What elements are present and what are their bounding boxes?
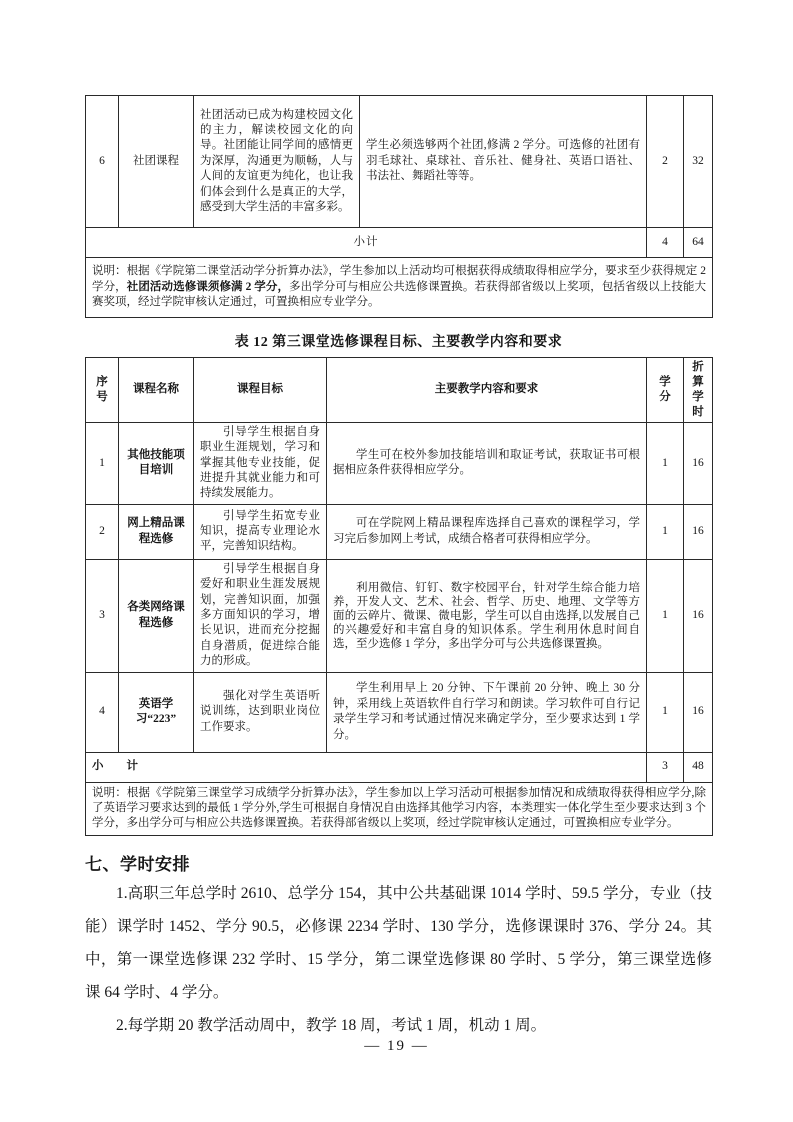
cell-seq-no: 1: [86, 422, 119, 504]
cell-hours: 16: [684, 559, 713, 672]
cell-course-name: 网上精品课程选修: [119, 504, 194, 559]
cell-seq-no: 6: [86, 96, 119, 228]
cell-credit: 1: [647, 422, 684, 504]
table-row: 3 各类网络课程选修 引导学生根据自身爱好和职业生涯发展规划，完善知识面，加强多…: [86, 559, 713, 672]
table-note: 说明：根据《学院第二课堂活动学分折算办法》，学生参加以上活动均可根据获得成绩取得…: [86, 258, 713, 318]
cell-course-objective: 社团活动已成为构建校园文化的主力，解读校园文化的向导。社团能让同学间的感情更为深…: [194, 96, 360, 228]
paragraph-weeks: 2.每学期 20 教学活动周中，教学 18 周，考试 1 周，机动 1 周。: [85, 1009, 712, 1042]
table-row: 6 社团课程 社团活动已成为构建校园文化的主力，解读校园文化的向导。社团能让同学…: [86, 96, 713, 228]
subtotal-label: 小 计: [86, 752, 647, 782]
table12-title: 表 12 第三课堂选修课程目标、主要教学内容和要求: [85, 331, 712, 351]
header-course-name: 课程名称: [119, 358, 194, 423]
note-row: 说明：根据《学院第三课堂学习成绩学分折算办法》，学生参加以上学习活动可根据参加情…: [86, 782, 713, 835]
table-row: 1 其他技能项目培训 引导学生根据自身职业生涯规划，学习和掌握其他专业技能，促进…: [86, 422, 713, 504]
cell-seq-no: 3: [86, 559, 119, 672]
cell-course-name: 英语学习“223”: [119, 672, 194, 752]
cell-credit: 2: [647, 96, 684, 228]
paragraph-hours-summary: 1.高职三年总学时 2610、总学分 154，其中公共基础课 1014 学时、5…: [85, 877, 712, 1009]
cell-course-objective: 引导学生拓宽专业知识，提高专业理论水平，完善知识结构。: [194, 504, 327, 559]
cell-credit: 1: [647, 504, 684, 559]
cell-course-objective: 强化对学生英语听说训练，达到职业岗位工作要求。: [194, 672, 327, 752]
table-note: 说明：根据《学院第三课堂学习成绩学分折算办法》，学生参加以上学习活动可根据参加情…: [86, 782, 713, 835]
cell-course-name: 社团课程: [119, 96, 194, 228]
cell-course-name: 各类网络课程选修: [119, 559, 194, 672]
second-classroom-table: 6 社团课程 社团活动已成为构建校园文化的主力，解读校园文化的向导。社团能让同学…: [85, 95, 713, 318]
cell-course-content: 利用微信、钉钉、数字校园平台，针对学生综合能力培养，开发人文、艺术、社会、哲学、…: [327, 559, 647, 672]
table-row: 2 网上精品课程选修 引导学生拓宽专业知识，提高专业理论水平，完善知识结构。 可…: [86, 504, 713, 559]
cell-course-objective: 引导学生根据自身职业生涯规划，学习和掌握其他专业技能，促进提升其就业能力和可持续…: [194, 422, 327, 504]
subtotal-credit: 3: [647, 752, 684, 782]
header-seq-no: 序号: [86, 358, 119, 423]
cell-seq-no: 4: [86, 672, 119, 752]
subtotal-label: 小计: [86, 228, 647, 258]
header-course-content: 主要教学内容和要求: [327, 358, 647, 423]
cell-hours: 16: [684, 672, 713, 752]
subtotal-row: 小 计 3 48: [86, 752, 713, 782]
table-row: 4 英语学习“223” 强化对学生英语听说训练，达到职业岗位工作要求。 学生利用…: [86, 672, 713, 752]
page-number: — 19 —: [0, 1038, 793, 1055]
document-page: 6 社团课程 社团活动已成为构建校园文化的主力，解读校园文化的向导。社团能让同学…: [0, 0, 793, 1122]
note-row: 说明：根据《学院第二课堂活动学分折算办法》，学生参加以上活动均可根据获得成绩取得…: [86, 258, 713, 318]
cell-course-objective: 引导学生根据自身爱好和职业生涯发展规划，完善知识面，加强多方面知识的学习，增长见…: [194, 559, 327, 672]
subtotal-row: 小计 4 64: [86, 228, 713, 258]
page-content: 6 社团课程 社团活动已成为构建校园文化的主力，解读校园文化的向导。社团能让同学…: [85, 95, 712, 1042]
cell-seq-no: 2: [86, 504, 119, 559]
cell-hours: 32: [684, 96, 713, 228]
note-text-emphasis: 社团活动选修课须修满 2 学分，: [127, 281, 289, 293]
cell-credit: 1: [647, 559, 684, 672]
subtotal-hours: 48: [684, 752, 713, 782]
cell-course-content: 可在学院网上精品课程库选择自己喜欢的课程学习，学习完后参加网上考试，成绩合格者可…: [327, 504, 647, 559]
section-heading: 七、学时安排: [85, 850, 712, 875]
subtotal-hours: 64: [684, 228, 713, 258]
cell-course-content: 学生利用早上 20 分钟、下午课前 20 分钟、晚上 30 分钟，采用线上英语软…: [327, 672, 647, 752]
cell-hours: 16: [684, 504, 713, 559]
header-course-objective: 课程目标: [194, 358, 327, 423]
cell-course-content: 学生可在校外参加技能培训和取证考试，获取证书可根据相应条件获得相应学分。: [327, 422, 647, 504]
cell-course-name: 其他技能项目培训: [119, 422, 194, 504]
cell-course-content: 学生必须选够两个社团,修满 2 学分。可选修的社团有羽毛球社、桌球社、音乐社、健…: [360, 96, 647, 228]
third-classroom-table: 序号 课程名称 课程目标 主要教学内容和要求 学分 折算学时 1 其他技能项目培…: [85, 357, 713, 836]
cell-credit: 1: [647, 672, 684, 752]
header-row: 序号 课程名称 课程目标 主要教学内容和要求 学分 折算学时: [86, 358, 713, 423]
header-hours: 折算学时: [684, 358, 713, 423]
subtotal-credit: 4: [647, 228, 684, 258]
cell-hours: 16: [684, 422, 713, 504]
header-credit: 学分: [647, 358, 684, 423]
